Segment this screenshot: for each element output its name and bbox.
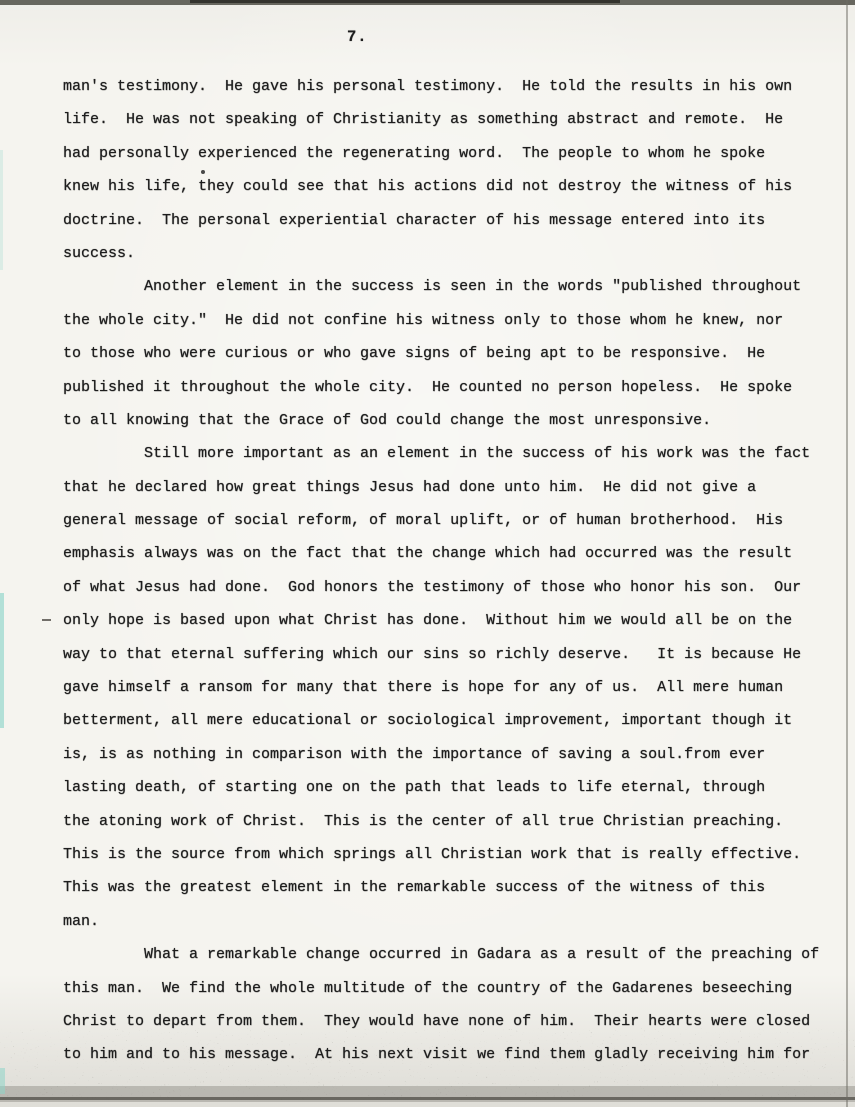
scan-top-edge (0, 0, 855, 5)
text-line: of what Jesus had done. God honors the t… (63, 571, 823, 604)
text-lines: man's testimony. He gave his personal te… (63, 70, 823, 1072)
scan-bottom-shadow (0, 1086, 855, 1102)
text-line: man's testimony. He gave his personal te… (63, 70, 823, 103)
text-line: the whole city." He did not confine his … (63, 304, 823, 337)
text-line: What a remarkable change occurred in Gad… (63, 938, 823, 971)
text-line: only hope is based upon what Christ has … (63, 604, 823, 637)
text-line: general message of social reform, of mor… (63, 504, 823, 537)
text-line: Another element in the success is seen i… (63, 270, 823, 303)
text-line: lasting death, of starting one on the pa… (63, 771, 823, 804)
text-line: this man. We find the whole multitude of… (63, 972, 823, 1005)
text-line: This is the source from which springs al… (63, 838, 823, 871)
scanned-page: 7. man's testimony. He gave his personal… (0, 0, 855, 1107)
text-line: This was the greatest element in the rem… (63, 871, 823, 904)
text-line: gave himself a ransom for many that ther… (63, 671, 823, 704)
pencil-dash-mark (42, 619, 51, 621)
text-line: success. (63, 237, 823, 270)
scan-top-edge-dark-segment (190, 0, 620, 3)
text-line: man. (63, 905, 823, 938)
text-line: life. He was not speaking of Christianit… (63, 103, 823, 136)
text-line: the atoning work of Christ. This is the … (63, 805, 823, 838)
text-line: published it throughout the whole city. … (63, 371, 823, 404)
scan-right-edge-line (846, 0, 848, 1107)
text-line: that he declared how great things Jesus … (63, 471, 823, 504)
text-line: to those who were curious or who gave si… (63, 337, 823, 370)
text-line: emphasis always was on the fact that the… (63, 537, 823, 570)
text-line: doctrine. The personal experiential char… (63, 204, 823, 237)
text-line: to him and to his message. At his next v… (63, 1038, 823, 1071)
text-line: to all knowing that the Grace of God cou… (63, 404, 823, 437)
page-number: 7. (347, 28, 368, 46)
text-line: knew his life, they could see that his a… (63, 170, 823, 203)
text-line: Christ to depart from them. They would h… (63, 1005, 823, 1038)
teal-edge-artifact (0, 593, 4, 728)
text-line: betterment, all mere educational or soci… (63, 704, 823, 737)
teal-edge-artifact (0, 1068, 5, 1094)
text-line: Still more important as an element in th… (63, 437, 823, 470)
text-line: way to that eternal suffering which our … (63, 638, 823, 671)
text-line: had personally experienced the regenerat… (63, 137, 823, 170)
text-line: is, is as nothing in comparison with the… (63, 738, 823, 771)
teal-edge-artifact (0, 150, 3, 270)
scan-bottom-edge-line (0, 1097, 855, 1100)
